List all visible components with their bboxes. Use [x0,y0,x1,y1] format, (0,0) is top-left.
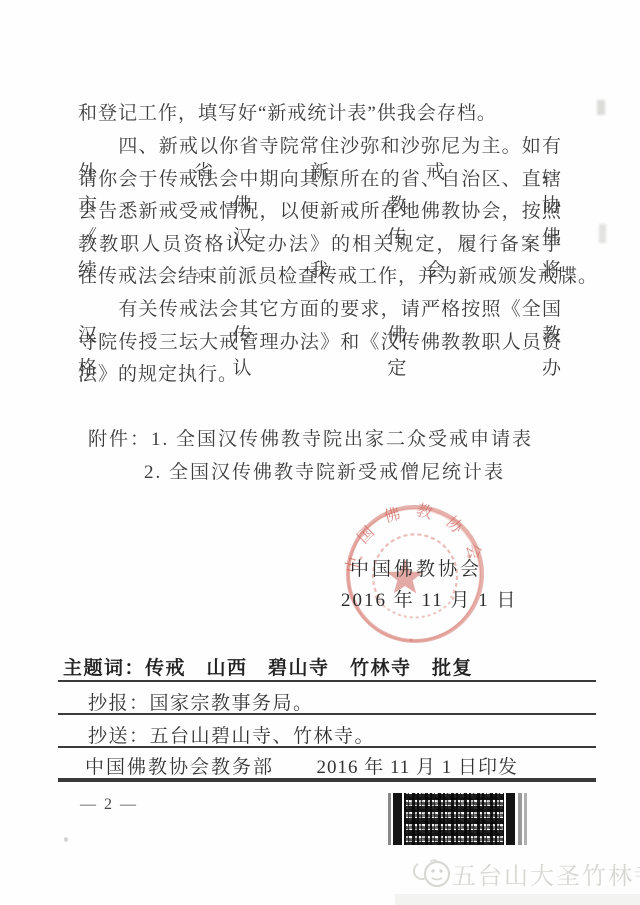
scan-artifact [64,837,68,842]
logo-eye-dot [431,869,434,872]
signature-organization: 中国佛教协会 [350,554,482,581]
logo-face-circle [425,862,449,886]
temple-logo-icon [412,856,452,890]
barcode-stop-bar [506,793,515,845]
watermark-text: 五台山大圣竹林寺 [452,856,640,891]
copy-report-row: 抄报：国家宗教事务局。 [88,688,314,715]
scan-artifact [599,224,606,243]
body-line: 和登记工作，填写好“新戒统计表”供我会存档。 [78,101,562,129]
barcode-quiet-bar [524,793,527,845]
seal-speckle [409,638,412,641]
body-line: 请你会于传戒法会中期向其原所在的省、自治区、直辖市佛教协 [78,167,562,195]
scan-artifact [597,100,605,115]
rule-divider [58,746,596,748]
body-line: 会告悉新戒受戒情况，以便新戒所在地佛教协会，按照《汉传佛 [78,199,562,227]
rule-divider [58,680,596,682]
barcode-quiet-bar [388,793,391,845]
logo-bubble-arc [414,864,426,879]
scanned-document-page: 和登记工作，填写好“新戒统计表”供我会存档。 四、新戒以你省寺院常住沙弥和沙弥尼… [0,0,640,905]
logo-eye-dot [439,869,442,872]
attachment-line-1: 附件：1. 全国汉传佛教寺院出家二众受戒申请表 [88,424,533,451]
body-line: 法》的规定执行。 [78,362,562,390]
barcode [388,793,534,845]
rule-divider [58,713,596,715]
barcode-start-bar [393,793,402,845]
attachment-line-2: 2. 全国汉传佛教寺院新受戒僧尼统计表 [144,457,505,484]
logo-smile-curve [432,878,442,880]
issuing-office: 中国佛教协会教务部 [85,752,274,779]
body-line: 四、新戒以你省寺院常住沙弥和沙弥尼为主。如有外省新戒， [78,134,562,162]
page-number: — 2 — [80,796,138,814]
body-line: 有关传戒法会其它方面的要求，请严格按照《全国汉传佛教 [78,297,562,325]
scan-edge-band [395,894,640,905]
body-line: 在传戒法会结束前派员检查传戒工作，并为新戒颁发戒牒。 [78,264,562,292]
barcode-quiet-bar [518,793,522,845]
signature-date: 2016 年 11 月 1 日 [341,585,518,612]
subject-words-row: 主题词：传戒 山西 碧山寺 竹林寺 批复 [63,653,473,680]
barcode-data-region [404,793,504,845]
rule-divider-thick [58,778,596,782]
body-line: 教教职人员资格认定办法》的相关规定，履行备案手续。我会将 [78,232,562,260]
body-line: 寺院传授三坛大戒管理办法》和《汉传佛教教职人员资格认定办 [78,330,562,358]
copy-send-row: 抄送：五台山碧山寺、竹林寺。 [88,721,375,748]
print-date: 2016 年 11 月 1 日印发 [280,752,518,779]
